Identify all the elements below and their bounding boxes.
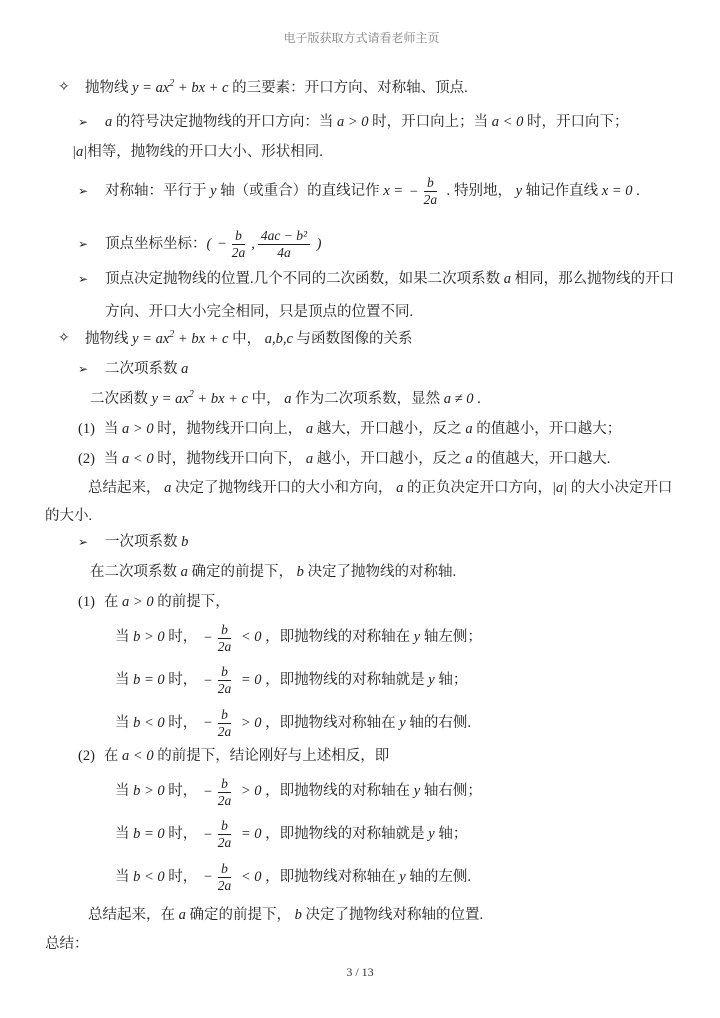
fraction: −b2a xyxy=(409,169,441,215)
fraction-numerator: b xyxy=(218,861,231,878)
text-run: 时， xyxy=(165,715,201,731)
minus-sign: − xyxy=(203,701,213,745)
list-item-level2: ➢a 的符号决定抛物线的开口方向：当 a > 0 时，开口向上；当 a < 0 … xyxy=(45,107,678,137)
math-run: |a| xyxy=(552,480,567,496)
math-run: a < 0 xyxy=(122,451,154,467)
math-run: = 0 xyxy=(237,826,261,842)
text-run: 顶点决定抛物线的位置.几个不同的二次函数，如果二次项系数 xyxy=(105,271,504,287)
numbered-item: (1)在 a > 0 的前提下， xyxy=(45,587,678,617)
fraction-denominator: 2a xyxy=(215,878,235,894)
list-item-level1: ✧抛物线 y = ax2 + bx + c 的三要素：开口方向、对称轴、顶点. xyxy=(45,73,678,103)
fraction-numerator: b xyxy=(218,622,231,639)
fraction-numerator: 4ac − b² xyxy=(258,228,310,245)
diamond-bullet-icon: ✧ xyxy=(58,324,70,354)
text-run: 轴（或重合）的直线记作 xyxy=(217,183,384,199)
text-run: 特别地， xyxy=(450,183,515,199)
text-run: 越大，开口越小，反之 xyxy=(313,421,465,437)
stacked-fraction: b2a xyxy=(229,228,249,261)
line-content: 在 a < 0 的前提下，结论刚好与上述相反，即 xyxy=(104,748,389,764)
text-run: 的前提下， xyxy=(154,594,230,610)
numbered-item: (2)在 a < 0 的前提下，结论刚好与上述相反，即 xyxy=(45,741,678,771)
fraction: 4ac − b²4a xyxy=(257,228,311,261)
text-run: 当 xyxy=(115,826,133,842)
text-run: 中， xyxy=(248,391,284,407)
stacked-fraction: b2a xyxy=(215,818,235,851)
numbered-sub-item: 当 b > 0 时， −b2a > 0 ，即抛物线的对称轴在 y 轴右侧； xyxy=(45,769,678,814)
document-body: ✧抛物线 y = ax2 + bx + c 的三要素：开口方向、对称轴、顶点.➢… xyxy=(45,73,678,959)
line-content: 当 a > 0 时，抛物线开口向上， a 越大，开口越小，反之 a 的值越小，开… xyxy=(104,421,621,437)
item-number: (2) xyxy=(78,748,95,764)
diamond-bullet-icon: ✧ xyxy=(58,73,70,103)
text-run: 的前提下，结论刚好与上述相反，即 xyxy=(154,748,390,764)
text-run: 抛物线 xyxy=(85,331,132,347)
text-run: . xyxy=(473,391,480,407)
fraction-numerator: b xyxy=(232,228,245,245)
text-run: ，即抛物线的对称轴就是 xyxy=(262,826,429,842)
text-run: 当 xyxy=(104,451,122,467)
text-run: 轴； xyxy=(435,672,468,688)
text-run: 当 xyxy=(104,421,122,437)
fraction: −b2a xyxy=(203,659,235,703)
math-run: a < 0 xyxy=(122,748,154,764)
math-run: a xyxy=(465,451,472,467)
line-content: 顶点坐标坐标：( −b2a,4ac − b²4a ) xyxy=(105,236,322,252)
math-run: + bx + c xyxy=(174,331,228,347)
text-run: 二次项系数 xyxy=(105,361,181,377)
line-content: 在 a > 0 的前提下， xyxy=(104,594,230,610)
line-content: 总结起来， a 决定了抛物线开口的大小和方向， a 的正负决定开口方向，|a| … xyxy=(45,480,672,524)
fraction-numerator: b xyxy=(424,175,437,192)
math-run: , xyxy=(251,236,255,252)
fraction: −b2a xyxy=(203,813,235,857)
line-content: 一次项系数 b xyxy=(105,534,188,550)
math-run: y = ax xyxy=(132,331,169,347)
math-run: a xyxy=(181,361,188,377)
text-run: 时，抛物线开口向下， xyxy=(154,451,306,467)
text-run: 抛物线 xyxy=(85,80,132,96)
math-run: b > 0 xyxy=(133,629,165,645)
text-run: 时，开口向上；当 xyxy=(369,114,492,130)
math-run: a ≠ 0 xyxy=(444,391,474,407)
text-run: ，即抛物线对称轴在 xyxy=(262,869,400,885)
numbered-item: (1)当 a > 0 时，抛物线开口向上， a 越大，开口越小，反之 a 的值越… xyxy=(45,414,678,444)
minus-sign: − xyxy=(203,770,213,814)
text-run: 顶点坐标坐标： xyxy=(105,236,207,252)
text-run: 总结起来， xyxy=(88,480,164,496)
text-run: 在 xyxy=(104,748,122,764)
text-run: 时， xyxy=(165,672,201,688)
text-run: 当 xyxy=(115,869,133,885)
line-content: |a|相等，抛物线的开口大小、形状相同. xyxy=(72,144,323,160)
minus-sign: − xyxy=(217,221,227,267)
text-run: 决定了抛物线对称轴的位置. xyxy=(302,907,483,923)
text-run: 总结： xyxy=(45,936,89,952)
math-run: = 0 xyxy=(237,672,261,688)
arrow-bullet-icon: ➢ xyxy=(78,107,88,137)
text-run: 越小，开口越小，反之 xyxy=(313,451,465,467)
minus-sign: − xyxy=(203,813,213,857)
fraction: −b2a xyxy=(203,855,235,899)
math-run: a xyxy=(306,421,313,437)
line-content: 当 b < 0 时， −b2a < 0 ，即抛物线对称轴在 y 轴的左侧. xyxy=(115,869,471,885)
header-note: 电子版获取方式请看老师主页 xyxy=(45,30,678,46)
text-run: 决定了抛物线开口的大小和方向， xyxy=(171,480,396,496)
line-content: 顶点决定抛物线的位置.几个不同的二次函数，如果二次项系数 a 相同，那么抛物线的… xyxy=(105,271,674,320)
arrow-bullet-icon: ➢ xyxy=(78,168,88,214)
math-run: x = xyxy=(383,183,406,199)
paragraph: 总结起来， a 决定了抛物线开口的大小和方向， a 的正负决定开口方向，|a| … xyxy=(45,474,678,530)
list-item-level2: ➢顶点决定抛物线的位置.几个不同的二次函数，如果二次项系数 a 相同，那么抛物线… xyxy=(45,263,678,329)
paragraph: 二次函数 y = ax2 + bx + c 中， a 作为二次项系数，显然 a … xyxy=(45,384,678,414)
math-run: b xyxy=(181,534,188,550)
math-run: b xyxy=(295,907,302,923)
math-run: a > 0 xyxy=(337,114,369,130)
fraction-denominator: 4a xyxy=(274,245,294,261)
item-number: (2) xyxy=(78,451,95,467)
stacked-fraction: b2a xyxy=(215,622,235,655)
math-run: + bx + c xyxy=(174,80,228,96)
line-content: 抛物线 y = ax2 + bx + c 的三要素：开口方向、对称轴、顶点. xyxy=(85,80,468,96)
fraction: −b2a xyxy=(217,221,249,267)
math-run: a,b,c xyxy=(265,331,293,347)
math-run: y = ax xyxy=(152,391,189,407)
line-content: 当 b = 0 时， −b2a = 0 ，即抛物线的对称轴就是 y 轴； xyxy=(115,826,467,842)
math-run: ( xyxy=(207,236,215,252)
text-run: 作为二次项系数，显然 xyxy=(291,391,443,407)
math-run: < 0 xyxy=(237,869,261,885)
list-item-level2: ➢一次项系数 b xyxy=(45,527,678,557)
fraction-denominator: 2a xyxy=(215,835,235,851)
minus-sign: − xyxy=(409,169,419,215)
fraction-denominator: 2a xyxy=(215,639,235,655)
text-run: ，即抛物线的对称轴在 xyxy=(262,783,414,799)
fraction-numerator: b xyxy=(218,707,231,724)
stacked-fraction: 4ac − b²4a xyxy=(258,228,310,261)
text-run: 时， xyxy=(165,826,201,842)
line-content: a 的符号决定抛物线的开口方向：当 a > 0 时，开口向上；当 a < 0 时… xyxy=(105,114,628,130)
text-run: 确定的前提下， xyxy=(188,564,297,580)
math-run: b = 0 xyxy=(133,672,165,688)
text-run: 在 xyxy=(104,594,122,610)
stacked-fraction: b2a xyxy=(215,707,235,740)
minus-sign: − xyxy=(203,659,213,703)
list-item-level1: ✧抛物线 y = ax2 + bx + c 中， a,b,c 与函数图像的关系 xyxy=(45,324,678,354)
text-run: 轴的右侧. xyxy=(406,715,471,731)
fraction: −b2a xyxy=(203,701,235,745)
text-run: 的值越小，开口越大； xyxy=(473,421,622,437)
text-run: 轴记作直线 xyxy=(522,183,602,199)
fraction-denominator: 2a xyxy=(421,192,441,208)
stacked-fraction: b2a xyxy=(215,776,235,809)
numbered-sub-item: 当 b > 0 时， −b2a < 0 ，即抛物线的对称轴在 y 轴左侧； xyxy=(45,615,678,660)
text-run: 轴左侧； xyxy=(420,629,482,645)
math-run: > 0 xyxy=(237,783,261,799)
line-content: 对称轴：平行于 y 轴（或重合）的直线记作 x = −b2a . 特别地， y … xyxy=(105,183,640,199)
line-content: 总结： xyxy=(45,936,89,952)
line-content: 总结起来，在 a 确定的前提下， b 决定了抛物线对称轴的位置. xyxy=(88,907,483,923)
text-run: 相等，抛物线的开口大小、形状相同. xyxy=(87,144,323,160)
item-number: (1) xyxy=(78,594,95,610)
text-run: 二次函数 xyxy=(90,391,152,407)
fraction: −b2a xyxy=(203,770,235,814)
text-run: 时， xyxy=(165,783,201,799)
math-run: > 0 xyxy=(237,715,261,731)
arrow-bullet-icon: ➢ xyxy=(78,527,88,557)
arrow-bullet-icon: ➢ xyxy=(78,263,88,296)
text-run: 当 xyxy=(115,715,133,731)
math-run: < 0 xyxy=(237,629,261,645)
text-run: 一次项系数 xyxy=(105,534,181,550)
fraction-denominator: 2a xyxy=(215,793,235,809)
stacked-fraction: b2a xyxy=(215,861,235,894)
math-run: a < 0 xyxy=(492,114,524,130)
list-item-level2: ➢顶点坐标坐标：( −b2a,4ac − b²4a ) xyxy=(45,221,678,268)
text-run: 时，抛物线开口向上， xyxy=(154,421,306,437)
paragraph: |a|相等，抛物线的开口大小、形状相同. xyxy=(45,137,678,167)
line-content: 当 b < 0 时， −b2a > 0 ，即抛物线对称轴在 y 轴的右侧. xyxy=(115,715,471,731)
fraction: −b2a xyxy=(203,616,235,660)
page: 电子版获取方式请看老师主页 ✧抛物线 y = ax2 + bx + c 的三要素… xyxy=(0,0,720,1018)
list-item-level2: ➢二次项系数 a xyxy=(45,354,678,384)
math-run: b < 0 xyxy=(133,715,165,731)
line-content: 当 a < 0 时，抛物线开口向下， a 越小，开口越小，反之 a 的值越大，开… xyxy=(104,451,610,467)
paragraph: 在二次项系数 a 确定的前提下， b 决定了抛物线的对称轴. xyxy=(45,557,678,587)
fraction-denominator: 2a xyxy=(215,681,235,697)
line-content: 二次函数 y = ax2 + bx + c 中， a 作为二次项系数，显然 a … xyxy=(90,391,481,407)
text-run: 总结起来，在 xyxy=(88,907,179,923)
numbered-sub-item: 当 b < 0 时， −b2a < 0 ，即抛物线对称轴在 y 轴的左侧. xyxy=(45,855,678,900)
text-run: 当 xyxy=(115,783,133,799)
text-run: 确定的前提下， xyxy=(186,907,295,923)
list-item-level2: ➢对称轴：平行于 y 轴（或重合）的直线记作 x = −b2a . 特别地， y… xyxy=(45,168,678,215)
math-run: + bx + c xyxy=(194,391,248,407)
math-run: a xyxy=(465,421,472,437)
math-run: a > 0 xyxy=(122,421,154,437)
math-run: x = 0 xyxy=(602,183,633,199)
text-run: 的值越大，开口越大. xyxy=(473,451,611,467)
text-run: 与函数图像的关系 xyxy=(293,331,413,347)
line-content: 抛物线 y = ax2 + bx + c 中， a,b,c 与函数图像的关系 xyxy=(85,331,413,347)
text-run: 当 xyxy=(115,629,133,645)
text-run: 轴的左侧. xyxy=(406,869,471,885)
line-content: 二次项系数 a xyxy=(105,361,188,377)
arrow-bullet-icon: ➢ xyxy=(78,221,88,267)
paragraph: 总结： xyxy=(45,929,678,959)
fraction-numerator: b xyxy=(218,818,231,835)
text-run: 时， xyxy=(165,869,201,885)
text-run: ，即抛物线对称轴在 xyxy=(262,715,400,731)
text-run: ，即抛物线的对称轴就是 xyxy=(262,672,429,688)
math-run: a > 0 xyxy=(122,594,154,610)
fraction-numerator: b xyxy=(218,664,231,681)
page-number: 3 / 13 xyxy=(0,964,720,980)
arrow-bullet-icon: ➢ xyxy=(78,354,88,384)
numbered-sub-item: 当 b < 0 时， −b2a > 0 ，即抛物线对称轴在 y 轴的右侧. xyxy=(45,701,678,746)
numbered-sub-item: 当 b = 0 时， −b2a = 0 ，即抛物线的对称轴就是 y 轴； xyxy=(45,812,678,857)
math-run: |a| xyxy=(72,144,87,160)
math-run: y = ax xyxy=(132,80,169,96)
text-run: 时，开口向下； xyxy=(523,114,628,130)
line-content: 当 b > 0 时， −b2a > 0 ，即抛物线的对称轴在 y 轴右侧； xyxy=(115,783,482,799)
numbered-sub-item: 当 b = 0 时， −b2a = 0 ，即抛物线的对称轴就是 y 轴； xyxy=(45,658,678,703)
text-run: 中， xyxy=(228,331,264,347)
math-run: ) xyxy=(313,236,321,252)
math-run: b < 0 xyxy=(133,869,165,885)
numbered-item: (2)当 a < 0 时，抛物线开口向下， a 越小，开口越小，反之 a 的值越… xyxy=(45,444,678,474)
math-run: b xyxy=(297,564,304,580)
math-run: a xyxy=(504,271,511,287)
math-run: a xyxy=(181,564,188,580)
text-run: . xyxy=(633,183,640,199)
fraction-denominator: 2a xyxy=(229,245,249,261)
math-run: b = 0 xyxy=(133,826,165,842)
text-run: 时， xyxy=(165,629,201,645)
fraction-denominator: 2a xyxy=(215,724,235,740)
fraction-numerator: b xyxy=(218,776,231,793)
stacked-fraction: b2a xyxy=(421,175,441,208)
text-run: 轴； xyxy=(435,826,468,842)
line-content: 在二次项系数 a 确定的前提下， b 决定了抛物线的对称轴. xyxy=(90,564,456,580)
text-run: 的三要素：开口方向、对称轴、顶点. xyxy=(228,80,467,96)
text-run: 当 xyxy=(115,672,133,688)
line-content: 当 b > 0 时， −b2a < 0 ，即抛物线的对称轴在 y 轴左侧； xyxy=(115,629,482,645)
text-run: ，即抛物线的对称轴在 xyxy=(262,629,414,645)
math-run: a xyxy=(179,907,186,923)
text-run: 在二次项系数 xyxy=(90,564,181,580)
math-run: a xyxy=(306,451,313,467)
minus-sign: − xyxy=(203,855,213,899)
line-content: 当 b = 0 时， −b2a = 0 ，即抛物线的对称轴就是 y 轴； xyxy=(115,672,467,688)
minus-sign: − xyxy=(203,616,213,660)
paragraph: 总结起来，在 a 确定的前提下， b 决定了抛物线对称轴的位置. xyxy=(45,901,678,929)
text-run: 轴右侧； xyxy=(420,783,482,799)
text-run: 的正负决定开口方向， xyxy=(403,480,552,496)
item-number: (1) xyxy=(78,421,95,437)
text-run: 决定了抛物线的对称轴. xyxy=(304,564,456,580)
math-run: b > 0 xyxy=(133,783,165,799)
stacked-fraction: b2a xyxy=(215,664,235,697)
text-run: 对称轴：平行于 xyxy=(105,183,210,199)
text-run: 的符号决定抛物线的开口方向：当 xyxy=(112,114,337,130)
